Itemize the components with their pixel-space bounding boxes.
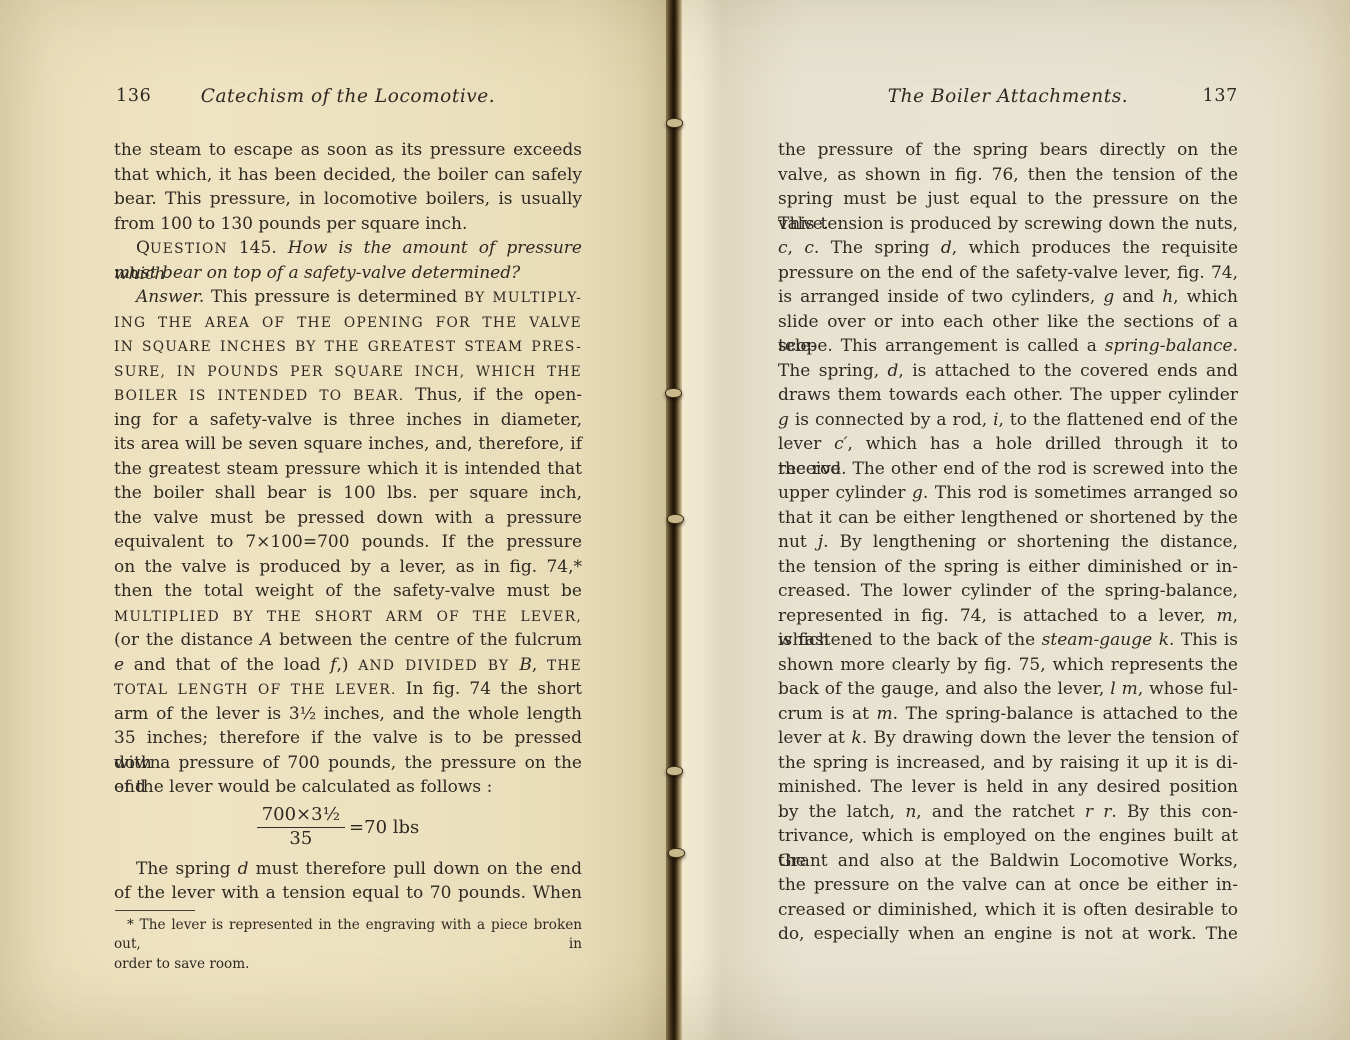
text-segment: upper cylinder — [778, 483, 912, 503]
text-segment: the pressure of the spring bears directl… — [778, 140, 1238, 160]
text-segment: is connected by a rod, — [789, 410, 993, 430]
text-segment: , whose ful- — [1138, 679, 1238, 699]
text-segment: Answer. — [136, 287, 204, 307]
text-line: crum is at m. The spring-balance is atta… — [778, 702, 1238, 727]
text-segment: lever at — [778, 728, 851, 748]
text-line: the pressure of the spring bears directl… — [778, 138, 1238, 163]
formula-denominator: 35 — [257, 828, 345, 850]
right-page-header: The Boiler Attachments. 137 — [778, 86, 1238, 113]
text-segment: must therefore pull down on the end — [249, 859, 583, 879]
text-line: The spring, d, is attached to the covere… — [778, 359, 1238, 384]
text-line: pressure on the end of the safety-valve … — [778, 261, 1238, 286]
text-segment: , to the flattened end of the — [999, 410, 1238, 430]
text-segment: , — [788, 238, 805, 258]
text-segment: UESTION — [150, 241, 228, 257]
text-segment: the spring is increased, and by raising … — [778, 753, 1238, 773]
text-line: * The lever is represented in the engrav… — [114, 916, 582, 955]
text-segment: valve, as shown in fig. 76, then the ten… — [778, 165, 1238, 185]
text-segment: the steam to escape as soon as its press… — [114, 140, 582, 160]
text-segment: shown more clearly by fig. 75, which rep… — [778, 655, 1238, 675]
text-line: the rod. The other end of the rod is scr… — [778, 457, 1238, 482]
left-page-number: 136 — [116, 86, 152, 106]
text-segment: ing for a safety-valve is three inches i… — [114, 410, 582, 430]
text-line: valve, as shown in fig. 76, then the ten… — [778, 163, 1238, 188]
text-line: by the latch, n, and the ratchet r r. By… — [778, 800, 1238, 825]
text-segment: This is — [1174, 630, 1238, 650]
text-segment: THE — [547, 658, 582, 674]
text-line: must bear on top of a safety-valve deter… — [114, 261, 582, 286]
text-line: BOILER IS INTENDED TO BEAR. Thus, if the… — [114, 383, 582, 408]
text-line: the greatest steam pressure which it is … — [114, 457, 582, 482]
text-segment: IN SQUARE INCHES BY THE GREATEST STEAM P… — [114, 339, 582, 355]
text-line: back of the gauge, and also the lever, l… — [778, 677, 1238, 702]
text-line: slide over or into each other like the s… — [778, 310, 1238, 335]
text-line: is arranged inside of two cylinders, g a… — [778, 285, 1238, 310]
text-line: draws them towards each other. The upper… — [778, 383, 1238, 408]
text-segment: g — [912, 483, 923, 503]
text-segment: is fastened to the back of the — [778, 630, 1042, 650]
text-segment: then the total weight of the safety-valv… — [114, 581, 582, 601]
text-segment: BOILER IS INTENDED TO BEAR. — [114, 388, 404, 404]
text-segment: . This rod is sometimes arranged so — [923, 483, 1238, 503]
text-segment: n — [905, 802, 916, 822]
text-line: then the total weight of the safety-valv… — [114, 579, 582, 604]
text-segment: order to save room. — [114, 956, 249, 972]
text-segment: . The spring — [814, 238, 941, 258]
text-segment: e — [114, 655, 124, 675]
text-segment: . By drawing down the lever the tension … — [862, 728, 1238, 748]
text-line: bear. This pressure, in locomotive boile… — [114, 187, 582, 212]
text-line: of the lever with a tension equal to 70 … — [114, 881, 582, 906]
left-page: 136 Catechism of the Locomotive. the ste… — [114, 86, 582, 974]
text-line: SURE, IN POUNDS PER SQUARE INCH, WHICH T… — [114, 359, 582, 384]
text-segment: that it can be either lengthened or shor… — [778, 508, 1238, 528]
right-page-number: 137 — [1202, 86, 1238, 106]
binding-stitch — [666, 766, 683, 776]
text-segment: SURE, IN POUNDS PER SQUARE INCH, WHICH T… — [114, 364, 582, 380]
text-segment: on the valve is produced by a lever, as … — [114, 557, 582, 577]
text-line: do, especially when an engine is not at … — [778, 922, 1238, 947]
text-segment: This tension is produced by screwing dow… — [778, 214, 1238, 234]
text-segment: d — [941, 238, 952, 258]
text-line: its area will be seven square inches, an… — [114, 432, 582, 457]
text-line: is fastened to the back of the steam-gau… — [778, 628, 1238, 653]
text-line: QUESTION 145. How is the amount of press… — [114, 236, 582, 261]
left-page-running-title: Catechism of the Locomotive. — [114, 86, 582, 107]
text-line: This tension is produced by screwing dow… — [778, 212, 1238, 237]
text-segment: ING THE AREA OF THE OPENING FOR THE VALV… — [114, 315, 582, 331]
text-segment: minished. The lever is held in any desir… — [778, 777, 1238, 797]
text-segment: nut — [778, 532, 818, 552]
text-segment: crum is at — [778, 704, 877, 724]
footnote: * The lever is represented in the engrav… — [114, 910, 582, 975]
text-line: lever c′, which has a hole drilled throu… — [778, 432, 1238, 457]
text-segment: the boiler shall bear is 100 lbs. per sq… — [114, 483, 582, 503]
text-segment: m — [1216, 606, 1232, 626]
right-page: The Boiler Attachments. 137 the pressure… — [778, 86, 1238, 947]
text-segment: from 100 to 130 pounds per square inch. — [114, 214, 467, 234]
text-line: order to save room. — [114, 955, 582, 975]
formula-numerator: 700×3½ — [257, 805, 345, 828]
text-line: trivance, which is employed on the engin… — [778, 824, 1238, 849]
text-line: creased or diminished, which it is often… — [778, 898, 1238, 923]
left-page-body: the steam to escape as soon as its press… — [114, 138, 582, 974]
text-line: nut j. By lengthening or shortening the … — [778, 530, 1238, 555]
text-line: creased. The lower cylinder of the sprin… — [778, 579, 1238, 604]
text-segment: g — [778, 410, 789, 430]
text-segment: BY MULTIPLY- — [464, 290, 582, 306]
text-segment: l m — [1110, 679, 1138, 699]
text-line: on the valve is produced by a lever, as … — [114, 555, 582, 580]
text-segment: and that of the load — [124, 655, 330, 675]
text-segment: represented in fig. 74, is attached to a… — [778, 606, 1216, 626]
formula-result: =70 lbs — [349, 817, 419, 838]
text-line: Grant and also at the Baldwin Locomotive… — [778, 849, 1238, 874]
text-segment: c — [778, 238, 788, 258]
text-segment: c′ — [834, 434, 847, 454]
text-line: arm of the lever is 3½ inches, and the w… — [114, 702, 582, 727]
text-line: g is connected by a rod, i, to the flatt… — [778, 408, 1238, 433]
text-segment: steam-gauge k. — [1042, 630, 1175, 650]
text-segment: Grant and also at the Baldwin Locomotive… — [778, 851, 1238, 871]
text-line: scope. This arrangement is called a spri… — [778, 334, 1238, 359]
text-segment: that which, it has been decided, the boi… — [114, 165, 582, 185]
text-segment: . By lengthening or shortening the dista… — [823, 532, 1238, 552]
text-segment: , which — [1173, 287, 1238, 307]
text-segment: is arranged inside of two cylinders, — [778, 287, 1103, 307]
text-segment: k — [851, 728, 861, 748]
text-segment: the rod. The other end of the rod is scr… — [778, 459, 1238, 479]
text-line: minished. The lever is held in any desir… — [778, 775, 1238, 800]
text-segment: arm of the lever is 3½ inches, and the w… — [114, 704, 582, 724]
text-segment: draws them towards each other. The upper… — [778, 385, 1238, 405]
text-line: e and that of the load f,) AND DIVIDED B… — [114, 653, 582, 678]
text-line: the spring is increased, and by raising … — [778, 751, 1238, 776]
text-segment: the greatest steam pressure which it is … — [114, 459, 582, 479]
text-line: Answer. This pressure is determined BY M… — [114, 285, 582, 310]
text-segment: . The spring-balance is attached to the — [893, 704, 1238, 724]
text-segment: Thus, if the open- — [404, 385, 582, 405]
text-segment: B — [519, 655, 532, 675]
text-line: upper cylinder g. This rod is sometimes … — [778, 481, 1238, 506]
text-segment: creased or diminished, which it is often… — [778, 900, 1238, 920]
text-segment: must bear on top of a safety-valve deter… — [114, 263, 520, 283]
text-segment: AND DIVIDED BY — [358, 658, 519, 674]
text-segment: c — [804, 238, 814, 258]
text-segment: , and the ratchet — [916, 802, 1085, 822]
footnote-rule — [115, 910, 195, 911]
text-segment: , is attached to the covered ends and — [898, 361, 1238, 381]
text-segment: In fig. 74 the short — [397, 679, 582, 699]
text-segment: d — [888, 361, 899, 381]
text-segment: of the lever with a tension equal to 70 … — [114, 883, 582, 903]
text-segment: The spring — [136, 859, 238, 879]
left-page-header: 136 Catechism of the Locomotive. — [114, 86, 582, 113]
text-segment: between the centre of the fulcrum — [272, 630, 582, 650]
text-line: c, c. The spring d, which produces the r… — [778, 236, 1238, 261]
text-segment: bear. This pressure, in locomotive boile… — [114, 189, 582, 209]
text-segment: 145. — [228, 238, 288, 258]
text-segment: A — [260, 630, 272, 650]
text-line: shown more clearly by fig. 75, which rep… — [778, 653, 1238, 678]
text-segment: pressure on the end of the safety-valve … — [778, 263, 1238, 283]
text-segment: , — [532, 655, 547, 675]
text-line: with a pressure of 700 pounds, the press… — [114, 751, 582, 776]
text-line: ing for a safety-valve is three inches i… — [114, 408, 582, 433]
binding-stitch — [665, 388, 682, 398]
text-line: lever at k. By drawing down the lever th… — [778, 726, 1238, 751]
text-segment: ,) — [337, 655, 359, 675]
text-line: the pressure on the valve can at once be… — [778, 873, 1238, 898]
text-segment: * The lever is represented in the engrav… — [114, 917, 582, 953]
text-segment: . By this con- — [1111, 802, 1238, 822]
text-segment: the pressure on the valve can at once be… — [778, 875, 1238, 895]
text-segment: r r — [1085, 802, 1112, 822]
text-segment: creased. The lower cylinder of the sprin… — [778, 581, 1238, 601]
text-segment: m — [877, 704, 893, 724]
text-line: the steam to escape as soon as its press… — [114, 138, 582, 163]
text-segment: h — [1162, 287, 1173, 307]
text-segment: (or the distance — [114, 630, 260, 650]
text-line: ING THE AREA OF THE OPENING FOR THE VALV… — [114, 310, 582, 335]
text-line: equivalent to 7×100=700 pounds. If the p… — [114, 530, 582, 555]
text-line: of the lever would be calculated as foll… — [114, 775, 582, 800]
text-segment: back of the gauge, and also the lever, — [778, 679, 1110, 699]
book-scan: 136 Catechism of the Locomotive. the ste… — [0, 0, 1350, 1040]
text-segment: The spring, — [778, 361, 888, 381]
text-line: that it can be either lengthened or shor… — [778, 506, 1238, 531]
text-segment: This pressure is determined — [204, 287, 464, 307]
formula-block: 700×3½35=70 lbs — [94, 801, 582, 855]
text-line: (or the distance A between the centre of… — [114, 628, 582, 653]
text-segment: scope. This arrangement is called a — [778, 336, 1105, 356]
text-segment: of the lever would be calculated as foll… — [114, 777, 492, 797]
formula-fraction: 700×3½35 — [257, 805, 345, 849]
text-line: The spring d must therefore pull down on… — [114, 857, 582, 882]
text-line: the valve must be pressed down with a pr… — [114, 506, 582, 531]
binding-stitch — [666, 118, 683, 128]
text-segment: TOTAL LENGTH OF THE LEVER. — [114, 682, 397, 698]
text-line: from 100 to 130 pounds per square inch. — [114, 212, 582, 237]
text-segment: MULTIPLIED BY THE SHORT ARM OF THE LEVER… — [114, 609, 582, 625]
text-line: 35 inches; therefore if the valve is to … — [114, 726, 582, 751]
text-line: the tension of the spring is either dimi… — [778, 555, 1238, 580]
text-line: represented in fig. 74, is attached to a… — [778, 604, 1238, 629]
text-segment: Q — [136, 238, 150, 258]
text-segment: do, especially when an engine is not at … — [778, 924, 1238, 944]
text-segment: its area will be seven square inches, an… — [114, 434, 582, 454]
text-line: IN SQUARE INCHES BY THE GREATEST STEAM P… — [114, 334, 582, 359]
text-segment: the tension of the spring is either dimi… — [778, 557, 1238, 577]
text-segment: spring-balance. — [1105, 336, 1238, 356]
text-line: MULTIPLIED BY THE SHORT ARM OF THE LEVER… — [114, 604, 582, 629]
text-segment: and — [1114, 287, 1162, 307]
text-line: TOTAL LENGTH OF THE LEVER. In fig. 74 th… — [114, 677, 582, 702]
text-segment: , which produces the requisite — [952, 238, 1238, 258]
text-segment: the valve must be pressed down with a pr… — [114, 508, 582, 528]
text-segment: lever — [778, 434, 834, 454]
right-page-running-title: The Boiler Attachments. — [778, 86, 1238, 107]
text-segment: d — [238, 859, 249, 879]
binding-stitch — [667, 514, 684, 524]
binding-stitch — [668, 848, 685, 858]
text-line: spring must be just equal to the pressur… — [778, 187, 1238, 212]
text-line: that which, it has been decided, the boi… — [114, 163, 582, 188]
text-segment: g — [1103, 287, 1114, 307]
right-page-body: the pressure of the spring bears directl… — [778, 138, 1238, 947]
text-line: the boiler shall bear is 100 lbs. per sq… — [114, 481, 582, 506]
text-segment: by the latch, — [778, 802, 905, 822]
text-segment: equivalent to 7×100=700 pounds. If the p… — [114, 532, 582, 552]
